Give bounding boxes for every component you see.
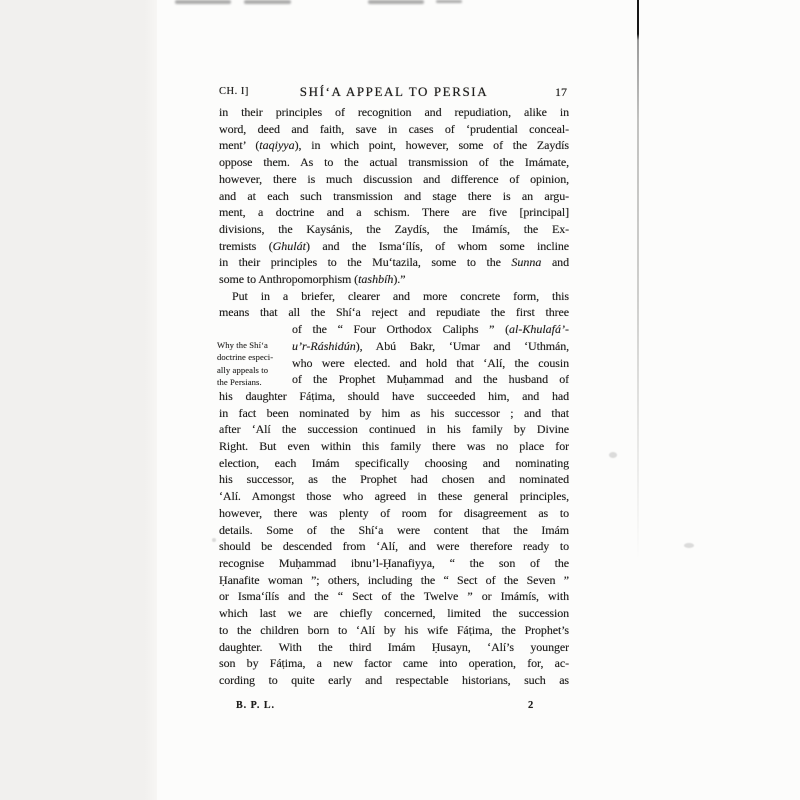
text-line: daughter. With the third Imám Ḥusayn, ‘A… [219, 639, 569, 656]
text-line: divisions, the Kaysánis, the Zaydís, the… [219, 221, 569, 238]
text-line: should be descended from ‘Alí, and were … [219, 538, 569, 555]
page-title: SHÍ‘A APPEAL TO PERSIA [219, 84, 569, 100]
scan-smudge [244, 0, 291, 4]
text-line: after ‘Alí the succession continued in h… [219, 421, 569, 438]
running-head: CH. I] SHÍ‘A APPEAL TO PERSIA 17 [219, 84, 569, 100]
text-line: in their principles to the Mu‘tazila, so… [219, 254, 569, 271]
text-line: word, deed and faith, save in cases of ‘… [219, 121, 569, 138]
text-line: Put in a briefer, clearer and more concr… [219, 288, 569, 305]
footer-signature: B. P. L. [236, 700, 275, 711]
text-line: his daughter Fáṭima, should have succeed… [219, 388, 569, 405]
scan-smudge [436, 0, 462, 3]
scan-smudge [368, 0, 424, 4]
text-line: some to Anthropomorphism (tashbíh).” [219, 271, 569, 288]
text-line: who were elected. and hold that ‘Alí, th… [292, 355, 569, 372]
scan-smudge [175, 0, 231, 4]
text-line: cording to quite early and respectable h… [219, 672, 569, 689]
text-line: however, there is much discussion and di… [219, 171, 569, 188]
text-line: election, each Imám specifically choosin… [219, 455, 569, 472]
text-line: ment’ (taqiyya), in which point, however… [219, 137, 569, 154]
text-line: ‘Alí. Amongst those who agreed in these … [219, 488, 569, 505]
scan-speck [684, 543, 694, 548]
scan-speck [609, 452, 617, 458]
text-line: details. Some of the Shí‘a were content … [219, 522, 569, 539]
footer-sheet-number: 2 [528, 700, 533, 711]
page-edge-line [637, 0, 639, 560]
text-line: or Isma‘ílís and the “ Sect of the Twelv… [219, 588, 569, 605]
body-paragraph: in their principles of recognition and r… [219, 104, 569, 288]
text-block: in their principles of recognition and r… [219, 104, 569, 689]
text-line: recognise Muḥammad ibnu’l-Ḥanafiyya, “ t… [219, 555, 569, 572]
text-line: to the children born to ‘Alí by his wife… [219, 622, 569, 639]
text-line: however, there was plenty of room for di… [219, 505, 569, 522]
text-line: son by Fáṭima, a new factor came into op… [219, 655, 569, 672]
scan-gutter-strip [0, 0, 157, 800]
text-line: Right. But even within this family there… [219, 438, 569, 455]
page-number: 17 [555, 85, 567, 100]
footer: B. P. L. 2 [219, 700, 569, 714]
text-line: of the “ Four Orthodox Caliphs ” (al-Khu… [292, 321, 569, 338]
text-line: u’r-Ráshidún), Abú Bakr, ‘Umar and ‘Uthm… [292, 338, 569, 355]
text-line: and at each such transmission and stage … [219, 188, 569, 205]
text-line: his successor, as the Prophet had chosen… [219, 471, 569, 488]
text-line: which last we are chiefly concerned, lim… [219, 605, 569, 622]
text-line: in fact been nominated by him as his suc… [219, 405, 569, 422]
text-line: means that all the Shí‘a reject and repu… [219, 304, 569, 321]
text-line: tremists (Ghulát) and the Isma‘ílís, of … [219, 238, 569, 255]
text-line: of the Prophet Muḥammad and the husband … [292, 371, 569, 388]
scan-speck [212, 538, 216, 542]
text-line: in their principles of recognition and r… [219, 104, 569, 121]
text-line: ment, a doctrine and a schism. There are… [219, 204, 569, 221]
text-line: oppose them. As to the actual transmissi… [219, 154, 569, 171]
body-paragraph: Put in a briefer, clearer and more concr… [219, 288, 569, 689]
scanned-book-page: CH. I] SHÍ‘A APPEAL TO PERSIA 17 Why the… [0, 0, 800, 800]
text-line: Ḥanafite woman ”; others, including the … [219, 572, 569, 589]
